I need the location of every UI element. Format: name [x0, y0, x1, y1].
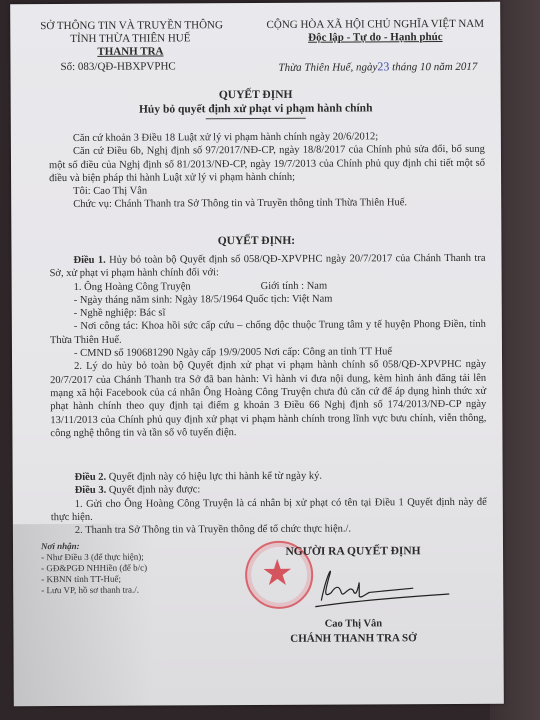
decision-heading: QUYẾT ĐỊNH:: [11, 234, 501, 249]
agency-line-2: TỈNH THỪA THIÊN HUẾ: [40, 32, 220, 46]
national-header: CỘNG HÒA XÃ HỘI CHỦ NGHĨA VIỆT NAM Độc l…: [250, 18, 500, 45]
article-2-text: Quyết định này có hiệu lực thi hành kể t…: [106, 471, 322, 483]
cancellation-reason: 2. Lý do hủy bỏ toàn bộ Quyết định xử ph…: [50, 358, 486, 440]
article-3-item-1: 1. Gửi cho Ông Hoàng Công Truyện là cá n…: [51, 495, 487, 524]
articles-2-3: Điều 2. Quyết định này có hiệu lực thi h…: [51, 469, 487, 538]
recipient-item: - Lưu VP, hồ sơ thanh tra./.: [41, 585, 147, 597]
handwritten-signature-icon: [313, 562, 453, 613]
violator-name: 1. Ông Hoàng Công Truyện: [74, 281, 191, 293]
article-3-item-2: 2. Thanh tra Sở Thông tin và Truyền thôn…: [51, 522, 487, 538]
violator-workplace: - Nơi công tác: Khoa hồi sức cấp cứu – c…: [50, 318, 486, 347]
country-name: CỘNG HÒA XÃ HỘI CHỦ NGHĨA VIỆT NAM: [250, 18, 500, 32]
article-1: Điều 1. Hủy bỏ toàn bộ Quyết định số 058…: [49, 252, 486, 440]
document-title: QUYẾT ĐỊNH: [11, 88, 501, 103]
handwritten-day: 23: [377, 59, 389, 73]
signer-position: CHÁNH THANH TRA SỞ: [253, 632, 453, 645]
article-2-label: Điều 2.: [75, 472, 107, 483]
recipient-item: - KBNN tỉnh TT-Huế;: [41, 574, 147, 586]
article-1-label: Điều 1.: [73, 255, 105, 266]
recipient-item: - GĐ&PGĐ NHHiền (để b/c): [41, 563, 147, 575]
article-1-text: Hủy bỏ toàn bộ Quyết định số 058/QĐ-XPVP…: [50, 253, 486, 280]
preamble-line-2: Căn cứ Điều 6b, Nghị định số 97/2017/NĐ-…: [49, 143, 485, 185]
violator-gender: Giới tính : Nam: [261, 280, 328, 291]
issue-date: Thừa Thiên Huế, ngày23 tháng 10 năm 2017: [278, 59, 477, 75]
signer-name: Cao Thị Vân: [253, 618, 453, 630]
preamble: Căn cứ khoản 3 Điều 18 Luật xử lý vi phạ…: [49, 130, 485, 212]
date-prefix: Thừa Thiên Huế, ngày: [278, 61, 377, 74]
recipients-list: Nơi nhận: - Như Điều 3 (để thực hiện); -…: [41, 541, 147, 597]
document-subtitle: Hủy bỏ quyết định xử phạt vi phạm hành c…: [11, 102, 501, 117]
recipients-label: Nơi nhận:: [41, 541, 147, 553]
agency-line-1: SỞ THÔNG TIN VÀ TRUYỀN THÔNG: [40, 19, 220, 33]
preamble-position: Chức vụ: Chánh Thanh tra Sở Thông tin và…: [49, 196, 485, 212]
recipient-item: - Như Điều 3 (để thực hiện);: [41, 552, 147, 564]
signer-title: NGƯỜI RA QUYẾT ĐỊNH: [253, 545, 453, 558]
article-1-intro: Điều 1. Hủy bỏ toàn bộ Quyết định số 058…: [49, 252, 485, 281]
title-underline: [206, 118, 306, 120]
seal-star-icon: ★: [261, 553, 293, 593]
issuing-agency: SỞ THÔNG TIN VÀ TRUYỀN THÔNG TỈNH THỪA T…: [40, 19, 220, 59]
article-3-label: Điều 3.: [75, 485, 107, 496]
document-number: Số: 083/QĐ-HBXPVPHC: [60, 60, 175, 73]
document-page: SỞ THÔNG TIN VÀ TRUYỀN THÔNG TỈNH THỪA T…: [10, 2, 504, 707]
agency-unit: THANH TRA: [40, 45, 220, 59]
date-suffix: tháng 10 năm 2017: [389, 61, 477, 73]
national-motto: Độc lập - Tự do - Hạnh phúc: [250, 31, 500, 45]
article-3-text: Quyết định này được:: [106, 485, 200, 496]
